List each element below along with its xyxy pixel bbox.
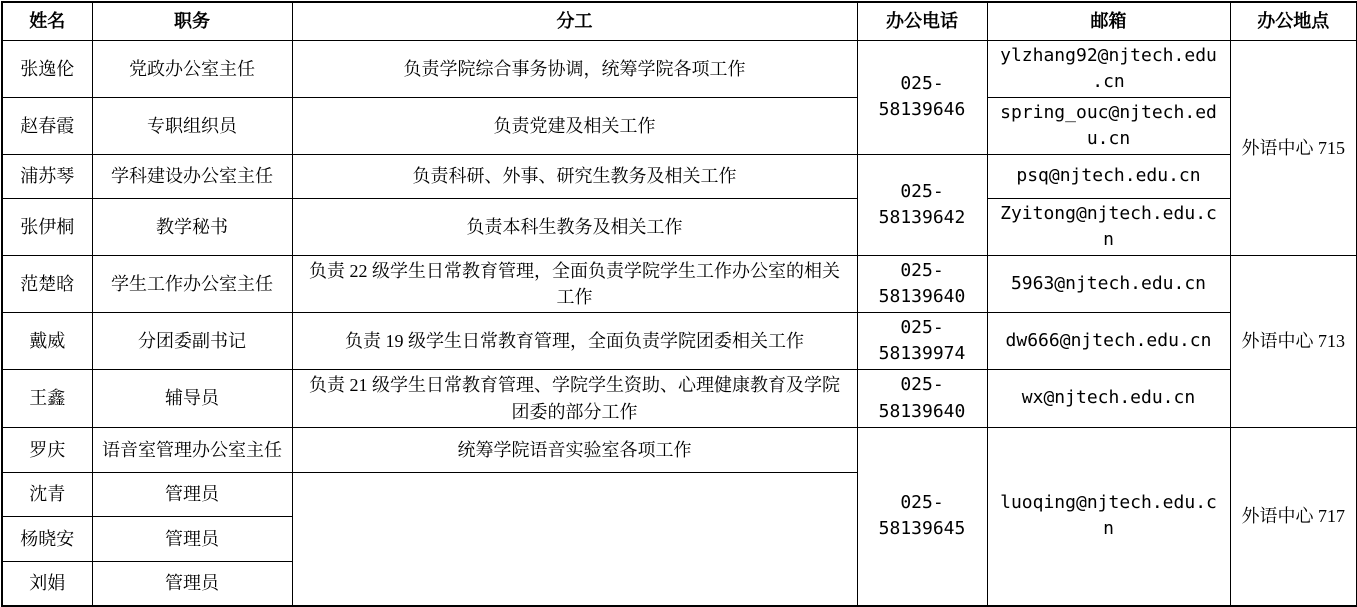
position-cell: 管理员 (92, 472, 292, 516)
duty-cell: 负责学院综合事务协调，统筹学院各项工作 (292, 40, 857, 97)
header-row: 姓名 职务 分工 办公电话 邮箱 办公地点 (2, 2, 1357, 40)
email-cell: Zyitong@njtech.edu.cn (987, 198, 1230, 255)
name-cell: 张伊桐 (2, 198, 92, 255)
name-cell: 张逸伦 (2, 40, 92, 97)
name-cell: 浦苏琴 (2, 154, 92, 198)
table-row: 王鑫 辅导员 负责 21 级学生日常教育管理、学院学生资助、心理健康教育及学院团… (2, 370, 1357, 427)
duty-cell: 统筹学院语音实验室各项工作 (292, 427, 857, 472)
duty-cell: 负责 19 级学生日常教育管理，全面负责学院团委相关工作 (292, 313, 857, 370)
duty-cell: 负责科研、外事、研究生教务及相关工作 (292, 154, 857, 198)
table-row: 戴威 分团委副书记 负责 19 级学生日常教育管理，全面负责学院团委相关工作 0… (2, 313, 1357, 370)
email-cell: ylzhang92@njtech.edu.cn (987, 40, 1230, 97)
header-duty: 分工 (292, 2, 857, 40)
table-row: 赵春霞 专职组织员 负责党建及相关工作 spring_ouc@njtech.ed… (2, 97, 1357, 154)
table-row: 张逸伦 党政办公室主任 负责学院综合事务协调，统筹学院各项工作 025-5813… (2, 40, 1357, 97)
header-position: 职务 (92, 2, 292, 40)
name-cell: 罗庆 (2, 427, 92, 472)
name-cell: 戴威 (2, 313, 92, 370)
position-cell: 学科建设办公室主任 (92, 154, 292, 198)
email-cell: 5963@njtech.edu.cn (987, 256, 1230, 313)
position-cell: 管理员 (92, 561, 292, 606)
phone-cell: 025-58139645 (857, 427, 987, 606)
name-cell: 范楚晗 (2, 256, 92, 313)
phone-cell: 025-58139640 (857, 256, 987, 313)
staff-contact-table-container: 姓名 职务 分工 办公电话 邮箱 办公地点 张逸伦 党政办公室主任 负责学院综合… (0, 0, 1357, 564)
name-cell: 杨晓安 (2, 516, 92, 561)
duty-cell: 负责本科生教务及相关工作 (292, 198, 857, 255)
email-cell: wx@njtech.edu.cn (987, 370, 1230, 427)
table-row: 张伊桐 教学秘书 负责本科生教务及相关工作 Zyitong@njtech.edu… (2, 198, 1357, 255)
position-cell: 分团委副书记 (92, 313, 292, 370)
header-location: 办公地点 (1230, 2, 1357, 40)
phone-cell: 025-58139640 (857, 370, 987, 427)
name-cell: 沈青 (2, 472, 92, 516)
position-cell: 管理员 (92, 516, 292, 561)
phone-cell: 025-58139646 (857, 40, 987, 154)
name-cell: 刘娟 (2, 561, 92, 606)
duty-cell: 负责 22 级学生日常教育管理，全面负责学院学生工作办公室的相关工作 (292, 256, 857, 313)
header-name: 姓名 (2, 2, 92, 40)
duty-cell: 负责党建及相关工作 (292, 97, 857, 154)
position-cell: 学生工作办公室主任 (92, 256, 292, 313)
position-cell: 教学秘书 (92, 198, 292, 255)
table-row: 罗庆 语音室管理办公室主任 统筹学院语音实验室各项工作 025-58139645… (2, 427, 1357, 472)
phone-cell: 025-58139642 (857, 154, 987, 255)
location-cell: 外语中心 713 (1230, 256, 1357, 428)
position-cell: 语音室管理办公室主任 (92, 427, 292, 472)
name-cell: 王鑫 (2, 370, 92, 427)
location-cell: 外语中心 715 (1230, 40, 1357, 256)
header-email: 邮箱 (987, 2, 1230, 40)
position-cell: 党政办公室主任 (92, 40, 292, 97)
email-cell: spring_ouc@njtech.edu.cn (987, 97, 1230, 154)
duty-cell: 负责 21 级学生日常教育管理、学院学生资助、心理健康教育及学院团委的部分工作 (292, 370, 857, 427)
table-row: 浦苏琴 学科建设办公室主任 负责科研、外事、研究生教务及相关工作 025-581… (2, 154, 1357, 198)
phone-cell: 025-58139974 (857, 313, 987, 370)
email-cell: luoqing@njtech.edu.cn (987, 427, 1230, 606)
name-cell: 赵春霞 (2, 97, 92, 154)
table-row: 范楚晗 学生工作办公室主任 负责 22 级学生日常教育管理，全面负责学院学生工作… (2, 256, 1357, 313)
duty-cell-empty (292, 472, 857, 606)
location-cell: 外语中心 717 (1230, 427, 1357, 606)
email-cell: psq@njtech.edu.cn (987, 154, 1230, 198)
staff-contact-table: 姓名 职务 分工 办公电话 邮箱 办公地点 张逸伦 党政办公室主任 负责学院综合… (1, 1, 1357, 607)
header-phone: 办公电话 (857, 2, 987, 40)
position-cell: 专职组织员 (92, 97, 292, 154)
email-cell: dw666@njtech.edu.cn (987, 313, 1230, 370)
position-cell: 辅导员 (92, 370, 292, 427)
